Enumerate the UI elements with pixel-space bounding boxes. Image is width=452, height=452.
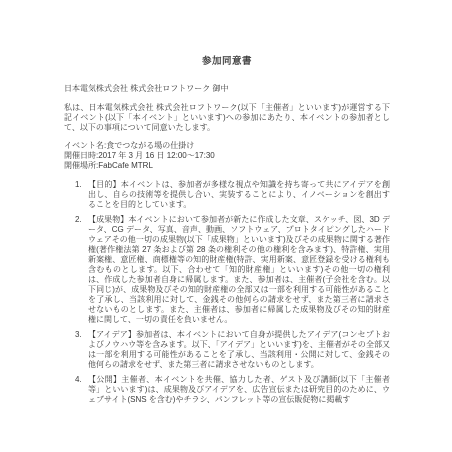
document-title: 参加同意書 bbox=[64, 53, 390, 67]
term-number: 4. bbox=[75, 375, 88, 405]
term-item-purpose: 1. 【目的】本イベントは、参加者が多様な視点や知識を持ち寄って共にアイデアを創… bbox=[64, 180, 390, 210]
terms-list: 1. 【目的】本イベントは、参加者が多様な視点や知識を持ち寄って共にアイデアを創… bbox=[64, 180, 390, 405]
event-venue-line: 開催場所:FabCafe MTRL bbox=[64, 161, 390, 171]
consent-document-page: 参加同意書 日本電気株式会社 株式会社ロフトワーク 御中 私は、日本電気株式会社… bbox=[0, 0, 452, 452]
addressee-line: 日本電気株式会社 株式会社ロフトワーク 御中 bbox=[64, 84, 390, 94]
event-name-line: イベント名:食でつながる場の仕掛け bbox=[64, 141, 390, 151]
event-details: イベント名:食でつながる場の仕掛け 開催日時:2017 年 3 月 16 日 1… bbox=[64, 141, 390, 171]
term-text-publication: 【公開】主催者、本イベントを共催、協力した者、ゲスト及び講師(以下「主催者等」と… bbox=[88, 375, 390, 405]
term-item-deliverables: 2. 【成果物】本イベントにおいて参加者が新たに作成した文章、スケッチ、図、3D… bbox=[64, 215, 390, 325]
term-text-purpose: 【目的】本イベントは、参加者が多様な視点や知識を持ち寄って共にアイデアを創出し、… bbox=[88, 180, 390, 210]
term-number: 3. bbox=[75, 330, 88, 370]
term-item-publication: 4. 【公開】主催者、本イベントを共催、協力した者、ゲスト及び講師(以下「主催者… bbox=[64, 375, 390, 405]
term-item-ideas: 3. 【アイデア】参加者は、本イベントにおいて自身が提供したアイデア(コンセプト… bbox=[64, 330, 390, 370]
term-text-deliverables: 【成果物】本イベントにおいて参加者が新たに作成した文章、スケッチ、図、3D デー… bbox=[88, 215, 390, 325]
term-number: 2. bbox=[75, 215, 88, 325]
intro-paragraph: 私は、日本電気株式会社 株式会社ロフトワーク(以下「主催者」といいます)が運営す… bbox=[64, 103, 390, 133]
term-number: 1. bbox=[75, 180, 88, 210]
term-text-ideas: 【アイデア】参加者は、本イベントにおいて自身が提供したアイデア(コンセプトおよび… bbox=[88, 330, 390, 370]
event-datetime-line: 開催日時:2017 年 3 月 16 日 12:00〜17:30 bbox=[64, 151, 390, 161]
